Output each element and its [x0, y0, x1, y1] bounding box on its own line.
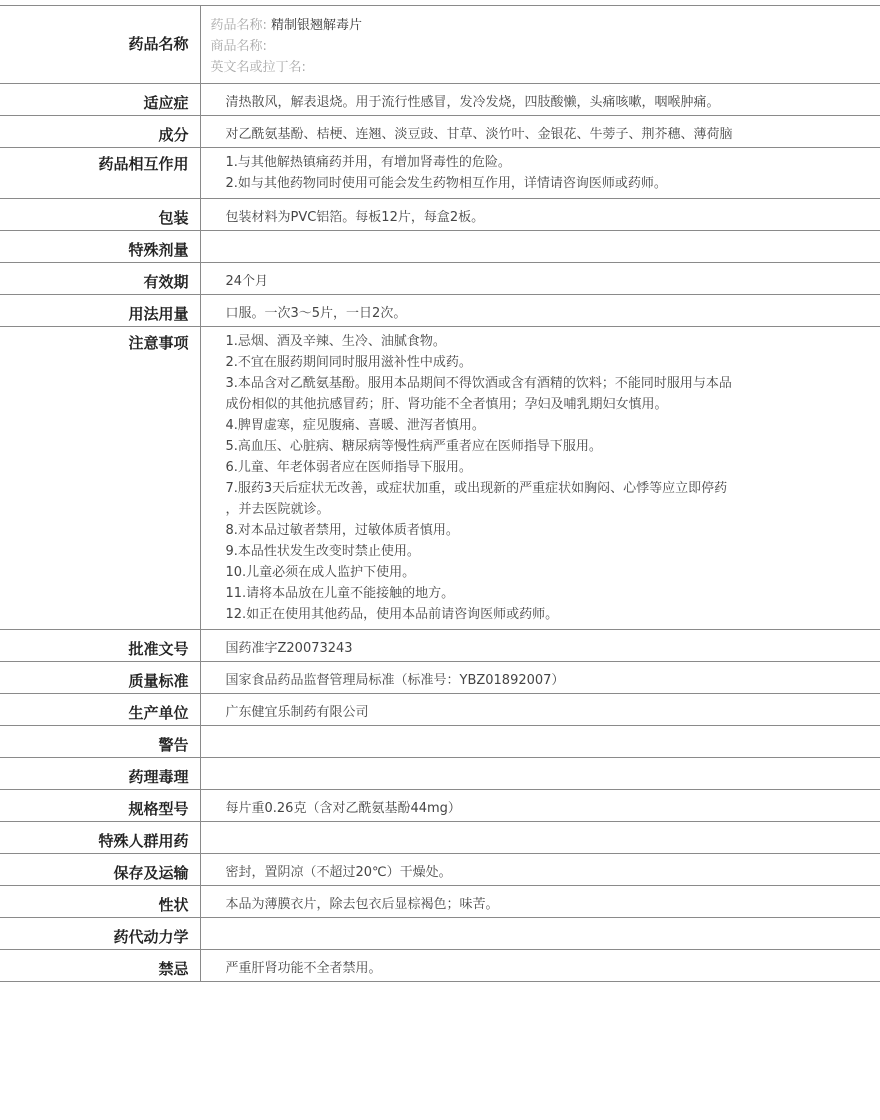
row-specification: 规格型号 每片重0.26克（含对乙酰氨基酚44mg） — [0, 790, 880, 822]
value-pharmacology — [200, 758, 880, 790]
label-shelf-life: 有效期 — [0, 263, 200, 295]
label-dosage: 用法用量 — [0, 295, 200, 327]
precaution-line: ，并去医院就诊。 — [226, 499, 880, 520]
precaution-line: 3.本品含对乙酰氨基酚。服用本品期间不得饮酒或含有酒精的饮料；不能同时服用与本品 — [226, 373, 880, 394]
row-indications: 适应症 清热散风，解表退烧。用于流行性感冒，发冷发烧，四肢酸懒，头痛咳嗽，咽喉肿… — [0, 84, 880, 116]
drug-spec-table: 药品名称 药品名称: 精制银翘解毒片 商品名称: 英文名或拉丁名: 适应症 清热… — [0, 5, 880, 982]
value-dosage: 口服。一次3～5片，一日2次。 — [200, 295, 880, 327]
row-quality-standard: 质量标准 国家食品药品监督管理局标准（标准号：YBZ01892007） — [0, 662, 880, 694]
trade-name-line: 商品名称: — [211, 36, 880, 57]
trade-name-label: 商品名称: — [211, 39, 267, 54]
value-drug-name: 药品名称: 精制银翘解毒片 商品名称: 英文名或拉丁名: — [200, 6, 880, 84]
value-manufacturer: 广东健宜乐制药有限公司 — [200, 694, 880, 726]
label-special-populations: 特殊人群用药 — [0, 822, 200, 854]
row-pharmacokinetics: 药代动力学 — [0, 918, 880, 950]
generic-name-label: 药品名称: — [211, 18, 267, 33]
value-packaging: 包装材料为PVC铝箔。每板12片，每盒2板。 — [200, 199, 880, 231]
row-storage: 保存及运输 密封，置阴凉（不超过20℃）干燥处。 — [0, 854, 880, 886]
label-pharmacokinetics: 药代动力学 — [0, 918, 200, 950]
row-ingredients: 成分 对乙酰氨基酚、桔梗、连翘、淡豆豉、甘草、淡竹叶、金银花、牛蒡子、荆芥穗、薄… — [0, 116, 880, 148]
label-storage: 保存及运输 — [0, 854, 200, 886]
generic-name-value: 精制银翘解毒片 — [271, 18, 362, 33]
label-contraindications: 禁忌 — [0, 950, 200, 982]
english-name-line: 英文名或拉丁名: — [211, 57, 880, 78]
label-packaging: 包装 — [0, 199, 200, 231]
row-interactions: 药品相互作用 1.与其他解热镇痛药并用，有增加肾毒性的危险。 2.如与其他药物同… — [0, 148, 880, 199]
value-approval-number: 国药准字Z20073243 — [200, 630, 880, 662]
value-special-dosage — [200, 231, 880, 263]
value-ingredients: 对乙酰氨基酚、桔梗、连翘、淡豆豉、甘草、淡竹叶、金银花、牛蒡子、荆芥穗、薄荷脑 — [200, 116, 880, 148]
precaution-line: 5.高血压、心脏病、糖尿病等慢性病严重者应在医师指导下服用。 — [226, 436, 880, 457]
precaution-line: 12.如正在使用其他药品，使用本品前请咨询医师或药师。 — [226, 604, 880, 625]
precaution-line: 7.服药3天后症状无改善，或症状加重，或出现新的严重症状如胸闷、心悸等应立即停药 — [226, 478, 880, 499]
value-shelf-life: 24个月 — [200, 263, 880, 295]
label-drug-name: 药品名称 — [0, 6, 200, 84]
label-indications: 适应症 — [0, 84, 200, 116]
value-pharmacokinetics — [200, 918, 880, 950]
value-warning — [200, 726, 880, 758]
row-contraindications: 禁忌 严重肝肾功能不全者禁用。 — [0, 950, 880, 982]
precaution-line: 1.忌烟、酒及辛辣、生冷、油腻食物。 — [226, 331, 880, 352]
label-specification: 规格型号 — [0, 790, 200, 822]
label-manufacturer: 生产单位 — [0, 694, 200, 726]
precaution-line: 4.脾胃虚寒，症见腹痛、喜暖、泄泻者慎用。 — [226, 415, 880, 436]
precaution-line: 10.儿童必须在成人监护下使用。 — [226, 562, 880, 583]
label-quality-standard: 质量标准 — [0, 662, 200, 694]
row-shelf-life: 有效期 24个月 — [0, 263, 880, 295]
value-quality-standard: 国家食品药品监督管理局标准（标准号：YBZ01892007） — [200, 662, 880, 694]
row-special-dosage: 特殊剂量 — [0, 231, 880, 263]
value-description: 本品为薄膜衣片，除去包衣后显棕褐色；味苦。 — [200, 886, 880, 918]
generic-name-line: 药品名称: 精制银翘解毒片 — [211, 15, 880, 36]
row-special-populations: 特殊人群用药 — [0, 822, 880, 854]
row-packaging: 包装 包装材料为PVC铝箔。每板12片，每盒2板。 — [0, 199, 880, 231]
row-warning: 警告 — [0, 726, 880, 758]
precaution-line: 成份相似的其他抗感冒药；肝、肾功能不全者慎用；孕妇及哺乳期妇女慎用。 — [226, 394, 880, 415]
label-pharmacology: 药理毒理 — [0, 758, 200, 790]
precaution-line: 11.请将本品放在儿童不能接触的地方。 — [226, 583, 880, 604]
interaction-line: 1.与其他解热镇痛药并用，有增加肾毒性的危险。 — [226, 152, 880, 173]
label-approval-number: 批准文号 — [0, 630, 200, 662]
row-drug-name: 药品名称 药品名称: 精制银翘解毒片 商品名称: 英文名或拉丁名: — [0, 6, 880, 84]
row-manufacturer: 生产单位 广东健宜乐制药有限公司 — [0, 694, 880, 726]
precaution-line: 9.本品性状发生改变时禁止使用。 — [226, 541, 880, 562]
label-description: 性状 — [0, 886, 200, 918]
label-interactions: 药品相互作用 — [0, 148, 200, 199]
label-ingredients: 成分 — [0, 116, 200, 148]
value-interactions: 1.与其他解热镇痛药并用，有增加肾毒性的危险。 2.如与其他药物同时使用可能会发… — [200, 148, 880, 199]
value-contraindications: 严重肝肾功能不全者禁用。 — [200, 950, 880, 982]
precaution-line: 2.不宜在服药期间同时服用滋补性中成药。 — [226, 352, 880, 373]
label-warning: 警告 — [0, 726, 200, 758]
row-approval-number: 批准文号 国药准字Z20073243 — [0, 630, 880, 662]
value-precautions: 1.忌烟、酒及辛辣、生冷、油腻食物。 2.不宜在服药期间同时服用滋补性中成药。 … — [200, 327, 880, 630]
precaution-line: 6.儿童、年老体弱者应在医师指导下服用。 — [226, 457, 880, 478]
row-dosage: 用法用量 口服。一次3～5片，一日2次。 — [0, 295, 880, 327]
label-special-dosage: 特殊剂量 — [0, 231, 200, 263]
value-specification: 每片重0.26克（含对乙酰氨基酚44mg） — [200, 790, 880, 822]
interaction-line: 2.如与其他药物同时使用可能会发生药物相互作用，详情请咨询医师或药师。 — [226, 173, 880, 194]
row-precautions: 注意事项 1.忌烟、酒及辛辣、生冷、油腻食物。 2.不宜在服药期间同时服用滋补性… — [0, 327, 880, 630]
value-special-populations — [200, 822, 880, 854]
value-storage: 密封，置阴凉（不超过20℃）干燥处。 — [200, 854, 880, 886]
value-indications: 清热散风，解表退烧。用于流行性感冒，发冷发烧，四肢酸懒，头痛咳嗽，咽喉肿痛。 — [200, 84, 880, 116]
row-pharmacology: 药理毒理 — [0, 758, 880, 790]
precaution-line: 8.对本品过敏者禁用，过敏体质者慎用。 — [226, 520, 880, 541]
english-name-label: 英文名或拉丁名: — [211, 60, 306, 75]
label-precautions: 注意事项 — [0, 327, 200, 630]
row-description: 性状 本品为薄膜衣片，除去包衣后显棕褐色；味苦。 — [0, 886, 880, 918]
